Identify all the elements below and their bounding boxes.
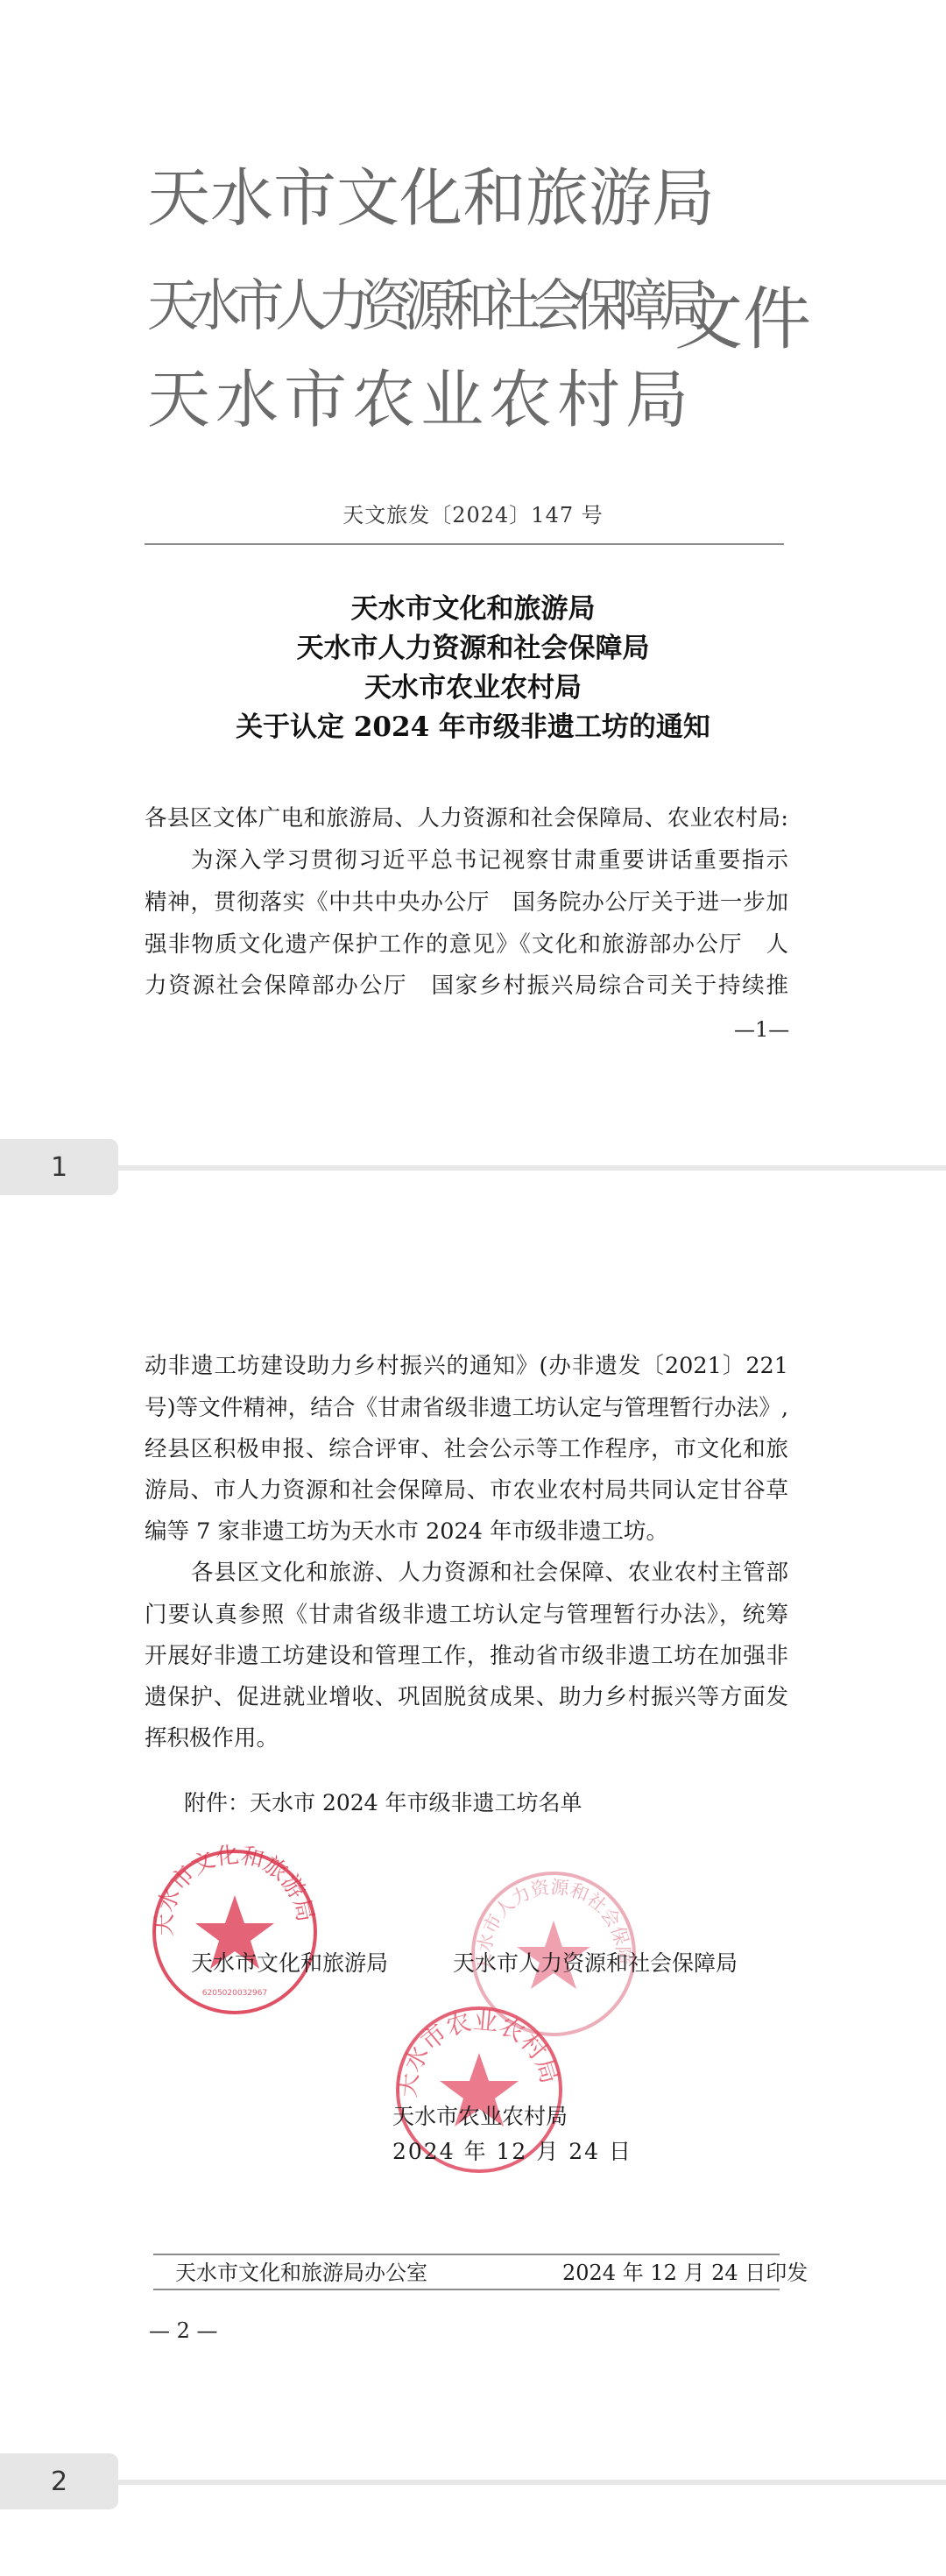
title-line-2: 天水市人力资源和社会保障局 (0, 635, 946, 662)
page-number: —1— (734, 1019, 789, 1040)
letterhead-line-3: 天水市农业农村局 (147, 368, 694, 431)
body-line: 开展好非遗工坊建设和管理工作，推动省市级非遗工坊在加强非 (145, 1645, 788, 1668)
body-line: 精神，贯彻落实《中共中央办公厅 国务院办公厅关于进一步加 (145, 892, 788, 915)
body-line: 编等 7 家非遗工坊为天水市 2024 年市级非遗工坊。 (145, 1521, 788, 1544)
signature-date: 2024 年 12 月 24 日 (392, 2141, 632, 2162)
letterhead-line-2: 天水市人力资源和社会保障局 (147, 279, 702, 335)
body-line: 遗保护、促进就业增收、巩固脱贫成果、助力乡村振兴等方面发 (145, 1687, 788, 1709)
separator-line (118, 1165, 946, 1171)
body-line: 各县区文化和旅游、人力资源和社会保障、农业农村主管部 (191, 1562, 788, 1585)
body-line: 动非遗工坊建设助力乡村振兴的通知》(办非遗发〔2021〕221 (145, 1355, 788, 1378)
title-line-1: 天水市文化和旅游局 (0, 596, 946, 623)
svg-text:6205020032967: 6205020032967 (202, 1989, 267, 1998)
page-number: — 2 — (149, 2320, 218, 2341)
page-tab-1[interactable]: 1 (0, 1139, 118, 1195)
body-line: 经县区积极申报、综合评审、社会公示等工作程序，市文化和旅 (145, 1439, 788, 1461)
salutation: 各县区文体广电和旅游局、人力资源和社会保障局、农业农村局: (145, 808, 788, 831)
title-line-3: 天水市农业农村局 (0, 675, 946, 702)
body-line: 力资源社会保障部办公厅 国家乡村振兴局综合司关于持续推 (145, 975, 788, 998)
signature-culture-tourism: 天水市文化和旅游局 (191, 1952, 388, 1974)
body-line: 为深入学习贯彻习近平总书记视察甘肃重要讲话重要指示 (191, 850, 788, 873)
document-number: 天文旅发〔2024〕147 号 (0, 498, 946, 528)
letterhead-line-1: 天水市文化和旅游局 (147, 166, 715, 230)
body-line: 门要认真参照《甘肃省级非遗工坊认定与管理暂行办法》，统筹 (145, 1604, 788, 1627)
attachment-note: 附件：天水市 2024 年市级非遗工坊名单 (184, 1792, 582, 1814)
page-tab-2[interactable]: 2 (0, 2453, 118, 2509)
title-line-4: 关于认定 2024 年市级非遗工坊的通知 (0, 714, 946, 741)
separator-line (118, 2480, 946, 2485)
signature-human-resources: 天水市人力资源和社会保障局 (453, 1952, 738, 1974)
letterhead-divider (145, 543, 784, 545)
body-line: 强非物质文化遗产保护工作的意见》《文化和旅游部办公厅 人 (145, 934, 788, 957)
footer-bottom-rule (153, 2289, 780, 2290)
footer-issuer: 天水市文化和旅游局办公室 (175, 2262, 427, 2283)
footer-issue-date: 2024 年 12 月 24 日印发 (562, 2262, 808, 2283)
footer-top-rule (153, 2254, 780, 2255)
official-seal-culture-tourism: 天水市文化和旅游局 6205020032967 (147, 1844, 322, 2020)
signature-agriculture: 天水市农业农村局 (392, 2105, 568, 2127)
body-line: 游局、市人力资源和社会保障局、市农业农村局共同认定甘谷草 (145, 1480, 788, 1503)
body-line: 号)等文件精神，结合《甘肃省级非遗工坊认定与管理暂行办法》, (145, 1398, 788, 1420)
body-line: 挥积极作用。 (145, 1728, 788, 1751)
letterhead-suffix: 文件 (674, 286, 811, 354)
